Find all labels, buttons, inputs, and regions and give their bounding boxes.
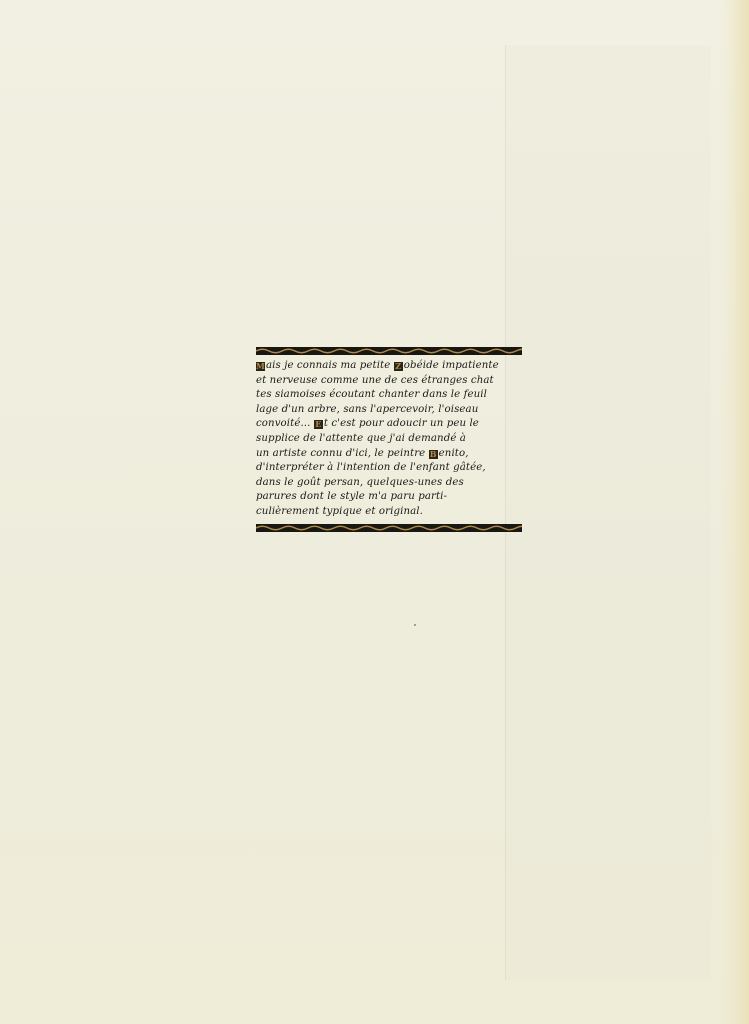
wave-ornament-icon: [256, 524, 522, 532]
initial-capital: Z: [394, 362, 403, 371]
text-line: un artiste connu d'ici, le peintre Benit…: [256, 447, 522, 462]
text-line: et nerveuse comme une de ces étranges ch…: [256, 374, 522, 389]
text-line: convoité... Et c'est pour adoucir un peu…: [256, 417, 522, 432]
text-line: supplice de l'attente que j'ai demandé à: [256, 432, 522, 447]
wave-ornament-icon: [256, 347, 522, 355]
text-line: tes siamoises écoutant chanter dans le f…: [256, 388, 522, 403]
calligraphy-text-block: Mais je connais ma petite Zobéide impati…: [256, 347, 522, 532]
text-line: Mais je connais ma petite Zobéide impati…: [256, 359, 522, 374]
text-line: dans le goût persan, quelques-unes des: [256, 476, 522, 491]
text-line: d'interpréter à l'intention de l'enfant …: [256, 461, 522, 476]
initial-capital: B: [429, 450, 438, 459]
paper-edge: [735, 0, 749, 1024]
text-line: culièrement typique et original.: [256, 505, 522, 520]
paper-page: Mais je connais ma petite Zobéide impati…: [0, 0, 749, 1024]
show-through-ghost-image: [505, 45, 711, 980]
decorative-band-bottom: [256, 524, 522, 532]
decorative-band-top: [256, 347, 522, 355]
initial-capital: M: [256, 362, 265, 371]
poem-text: Mais je connais ma petite Zobéide impati…: [256, 359, 522, 520]
initial-capital: E: [314, 420, 323, 429]
paper-speck: [414, 624, 416, 626]
text-line: lage d'un arbre, sans l'apercevoir, l'oi…: [256, 403, 522, 418]
text-line: parures dont le style m'a paru parti-: [256, 490, 522, 505]
